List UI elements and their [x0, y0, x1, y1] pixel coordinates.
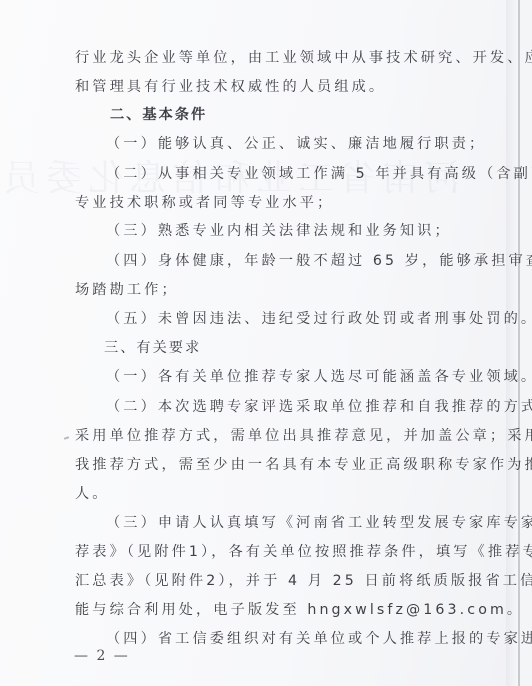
scan-speck	[64, 436, 69, 440]
paragraph-line: （四）省工信委组织对有关单位或个人推荐上报的专家进行	[106, 628, 532, 648]
document-page: 河南省工业和信息化委员会 行业龙头企业等单位，由工业领域中从事技术研究、开发、应…	[0, 0, 520, 686]
paragraph-line: 汇总表》（见附件2），并于 4 月 25 日前将纸质版报省工信委节	[75, 570, 532, 590]
paragraph-line: 场踏勘工作；	[75, 279, 179, 299]
paragraph-line: （五）未曾因违法、违纪受过行政处罚或者刑事处罚的。	[106, 308, 532, 328]
paragraph-line: 行业龙头企业等单位，由工业领域中从事技术研究、开发、应用	[75, 47, 532, 67]
paragraph-line: 我推荐方式，需至少由一名具有本专业正高级职称专家作为推荐	[75, 454, 532, 474]
paragraph-line: （四）身体健康，年龄一般不超过 65 岁，能够承担审查及现	[106, 250, 532, 270]
paragraph-line: （三）申请人认真填写《河南省工业转型发展专家库专家推	[106, 512, 532, 532]
paragraph-line: 和管理具有行业技术权威性的人员组成。	[75, 76, 386, 96]
section-heading-basic-conditions: 二、基本条件	[110, 104, 207, 124]
paragraph-line-email: 能与综合利用处，电子版发至 hngxwlsfz@163.com。	[75, 599, 524, 619]
paragraph-line: （二）从事相关专业领域工作满 5 年并具有高级（含副高）	[106, 163, 532, 183]
page-number: — 2 —	[74, 648, 130, 664]
paragraph-line: （三）熟悉专业内相关法律法规和业务知识；	[106, 220, 452, 240]
paragraph-line: 人。	[75, 483, 110, 503]
paragraph-line: （一）能够认真、公正、诚实、廉洁地履行职责；	[106, 133, 486, 153]
section-heading-requirements: 三、有关要求	[104, 337, 201, 357]
paragraph-line: 采用单位推荐方式，需单位出具推荐意见，并加盖公章；采用自	[75, 425, 532, 445]
paragraph-line: 专业技术职称或者同等专业水平；	[75, 192, 334, 212]
paragraph-line: 荐表》（见附件1），各有关单位按照推荐条件，填写《推荐专家	[75, 541, 532, 561]
paragraph-line: （二）本次选聘专家评选采取单位推荐和自我推荐的方式。	[106, 396, 532, 416]
paragraph-line: （一）各有关单位推荐专家人选尽可能涵盖各专业领域。	[106, 366, 532, 386]
